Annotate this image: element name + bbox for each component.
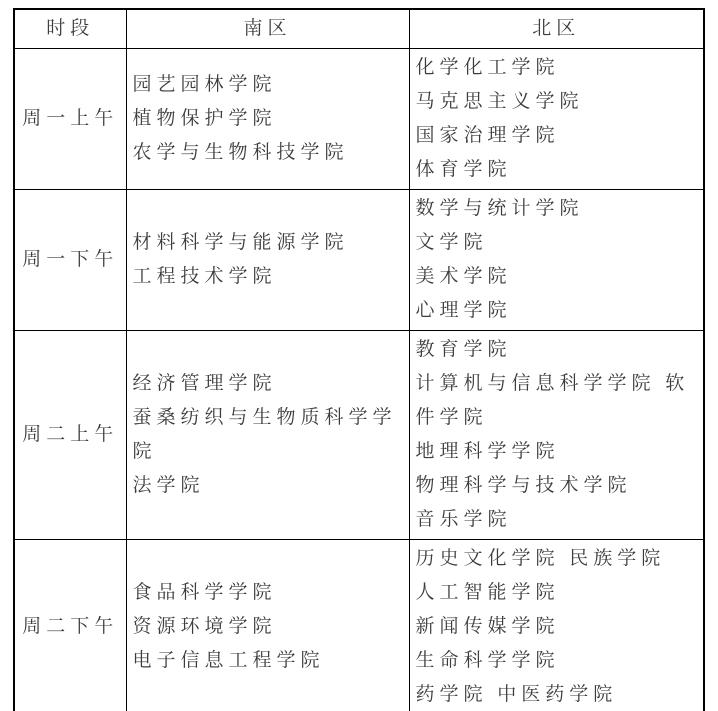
period-label: 周一上午 (14, 48, 126, 189)
north-colleges-cell: 化学化工学院 马克思主义学院 国家治理学院 体育学院 (409, 48, 704, 189)
south-colleges-cell: 食品科学学院 资源环境学院 电子信息工程学院 (126, 539, 409, 711)
college-item: 生命科学学院 (416, 644, 698, 678)
college-item: 人工智能学院 (416, 576, 698, 610)
college-item: 国家治理学院 (416, 119, 698, 153)
college-item: 马克思主义学院 (416, 85, 698, 119)
college-item: 经济管理学院 (133, 367, 403, 401)
north-colleges-cell: 历史文化学院 民族学院 人工智能学院 新闻传媒学院 生命科学学院 药学院 中医药… (409, 539, 704, 711)
col-header-north: 北区 (409, 9, 704, 48)
table-row-monday-pm: 周一下午 材料科学与能源学院 工程技术学院 数学与统计学院 文学院 美术学院 心… (14, 189, 704, 330)
college-item: 食品科学学院 (133, 576, 403, 610)
north-colleges-cell: 教育学院 计算机与信息科学学院 软件学院 地理科学学院 物理科学与技术学院 音乐… (409, 330, 704, 539)
college-item: 物理科学与技术学院 (416, 469, 698, 503)
college-item: 资源环境学院 (133, 610, 403, 644)
col-header-south: 南区 (126, 9, 409, 48)
college-item: 音乐学院 (416, 503, 698, 537)
college-item: 地理科学学院 (416, 435, 698, 469)
schedule-table: 时段 南区 北区 周一上午 园艺园林学院 植物保护学院 农学与生物科技学院 化学… (13, 8, 705, 711)
period-label: 周二下午 (14, 539, 126, 711)
header-row: 时段 南区 北区 (14, 9, 704, 48)
college-item: 计算机与信息科学学院 软件学院 (416, 367, 698, 435)
college-item: 历史文化学院 民族学院 (416, 542, 698, 576)
period-label: 周一下午 (14, 189, 126, 330)
college-item: 体育学院 (416, 153, 698, 187)
college-item: 心理学院 (416, 294, 698, 328)
college-item: 文学院 (416, 226, 698, 260)
college-item: 电子信息工程学院 (133, 644, 403, 678)
college-item: 教育学院 (416, 333, 698, 367)
table-row-tuesday-am: 周二上午 经济管理学院 蚕桑纺织与生物质科学学院 法学院 教育学院 计算机与信息… (14, 330, 704, 539)
college-item: 新闻传媒学院 (416, 610, 698, 644)
period-label: 周二上午 (14, 330, 126, 539)
table-row-monday-am: 周一上午 园艺园林学院 植物保护学院 农学与生物科技学院 化学化工学院 马克思主… (14, 48, 704, 189)
south-colleges-cell: 园艺园林学院 植物保护学院 农学与生物科技学院 (126, 48, 409, 189)
college-item: 化学化工学院 (416, 51, 698, 85)
table-row-tuesday-pm: 周二下午 食品科学学院 资源环境学院 电子信息工程学院 历史文化学院 民族学院 … (14, 539, 704, 711)
college-item: 工程技术学院 (133, 260, 403, 294)
college-item: 美术学院 (416, 260, 698, 294)
college-item: 农学与生物科技学院 (133, 136, 403, 170)
college-item: 植物保护学院 (133, 102, 403, 136)
college-item: 园艺园林学院 (133, 68, 403, 102)
college-item: 材料科学与能源学院 (133, 226, 403, 260)
north-colleges-cell: 数学与统计学院 文学院 美术学院 心理学院 (409, 189, 704, 330)
col-header-period: 时段 (14, 9, 126, 48)
south-colleges-cell: 经济管理学院 蚕桑纺织与生物质科学学院 法学院 (126, 330, 409, 539)
college-item: 蚕桑纺织与生物质科学学院 (133, 401, 403, 469)
south-colleges-cell: 材料科学与能源学院 工程技术学院 (126, 189, 409, 330)
college-item: 药学院 中医药学院 (416, 678, 698, 711)
college-item: 法学院 (133, 469, 403, 503)
college-item: 数学与统计学院 (416, 192, 698, 226)
document-page: 时段 南区 北区 周一上午 园艺园林学院 植物保护学院 农学与生物科技学院 化学… (0, 0, 718, 711)
